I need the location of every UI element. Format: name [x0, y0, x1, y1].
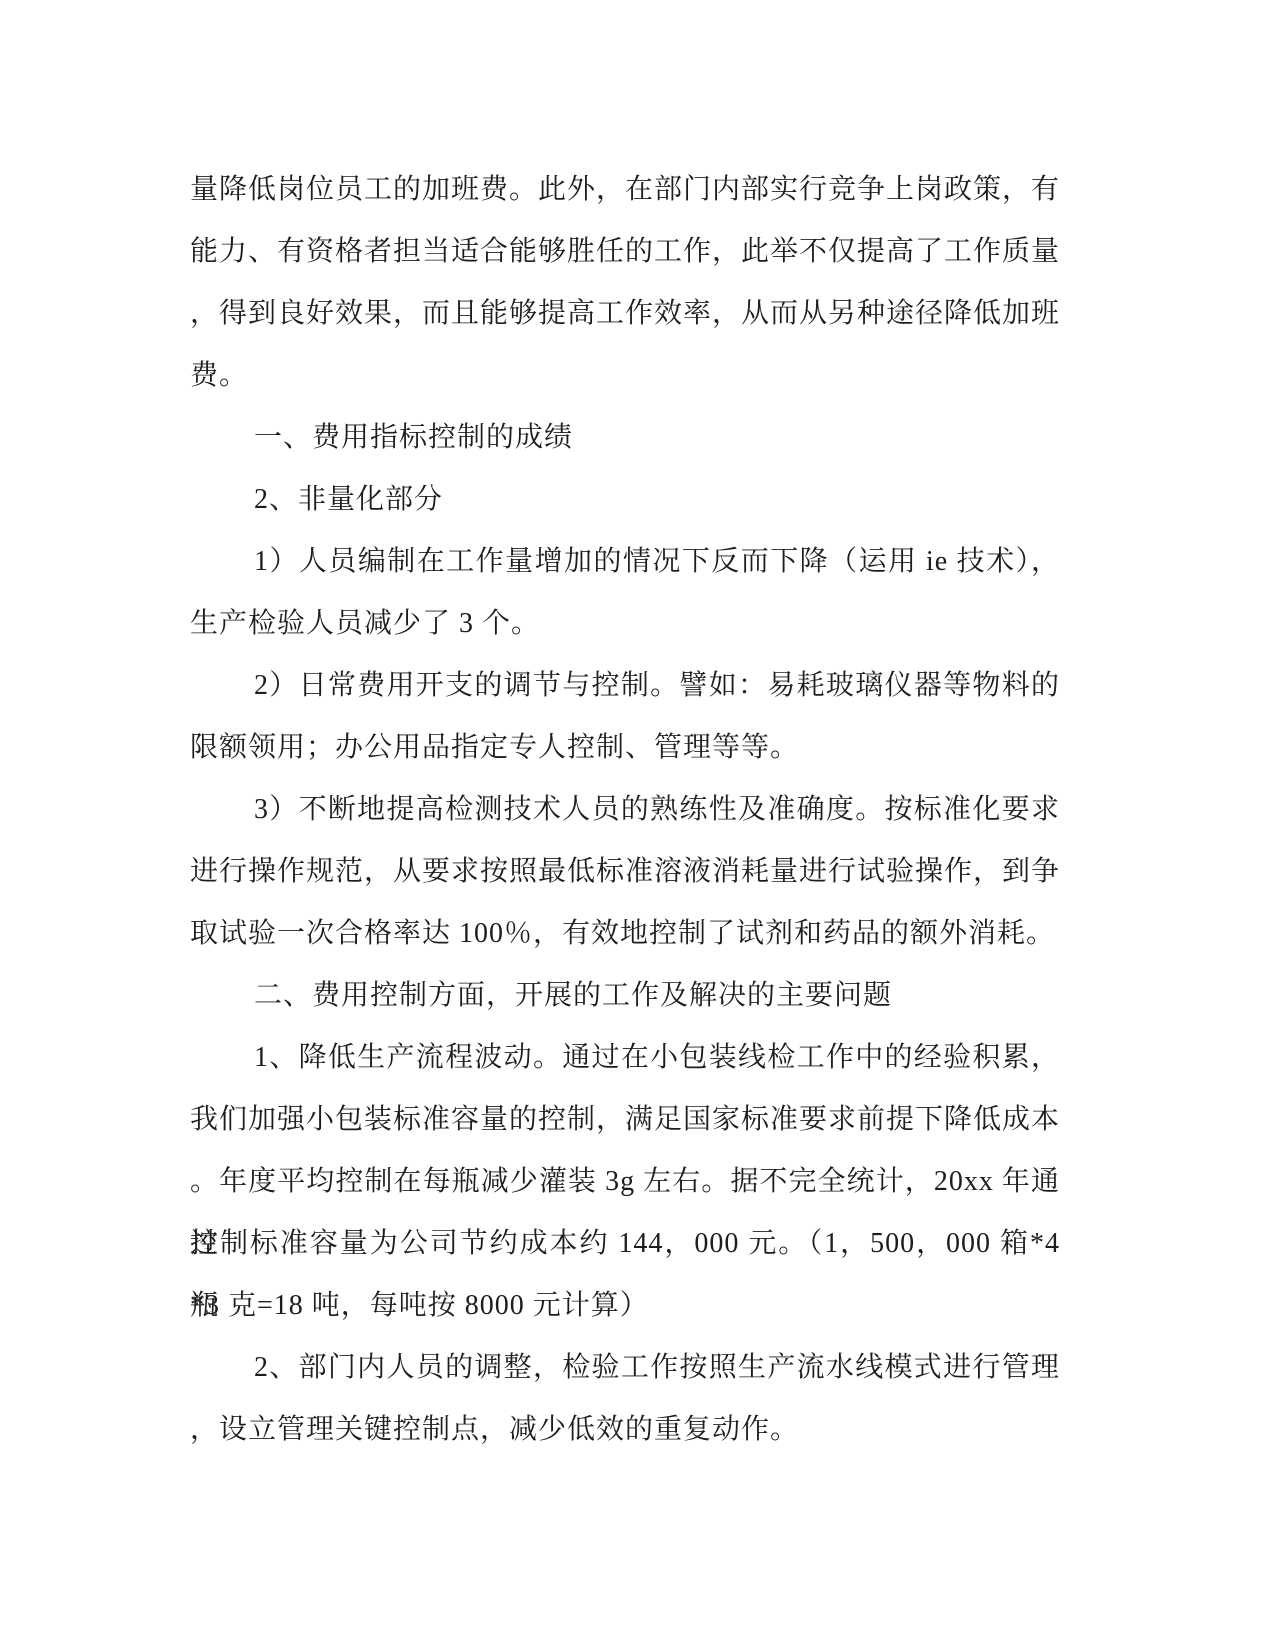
- text-line: 。年度平均控制在每瓶减少灌装 3g 左右。据不完全统计，20xx 年通过: [190, 1151, 1060, 1213]
- text-column: 量降低岗位员工的加班费。此外，在部门内部实行竞争上岗政策，有能力、有资格者担当适…: [190, 159, 1060, 1461]
- text-line: 取试验一次合格率达 100％，有效地控制了试剂和药品的额外消耗。: [190, 903, 1060, 965]
- document-page: 量降低岗位员工的加班费。此外，在部门内部实行竞争上岗政策，有能力、有资格者担当适…: [0, 0, 1275, 1650]
- text-line: *3 克=18 吨，每吨按 8000 元计算）: [190, 1275, 1060, 1337]
- text-line: 能力、有资格者担当适合能够胜任的工作，此举不仅提高了工作质量: [190, 221, 1060, 283]
- text-line: 2、部门内人员的调整，检验工作按照生产流水线模式进行管理: [190, 1337, 1060, 1399]
- text-line: ，设立管理关键控制点，减少低效的重复动作。: [190, 1399, 1060, 1461]
- text-line: 一、费用指标控制的成绩: [190, 407, 1060, 469]
- text-line: 3）不断地提高检测技术人员的熟练性及准确度。按标准化要求: [190, 779, 1060, 841]
- text-line: 2）日常费用开支的调节与控制。譬如：易耗玻璃仪器等物料的: [190, 655, 1060, 717]
- text-line: 二、费用控制方面，开展的工作及解决的主要问题: [190, 965, 1060, 1027]
- text-line: 进行操作规范，从要求按照最低标准溶液消耗量进行试验操作，到争: [190, 841, 1060, 903]
- text-line: 生产检验人员减少了 3 个。: [190, 593, 1060, 655]
- text-line: 控制标准容量为公司节约成本约 144，000 元。（1，500，000 箱*4 …: [190, 1213, 1060, 1275]
- text-line: 费。: [190, 345, 1060, 407]
- text-line: 我们加强小包装标准容量的控制，满足国家标准要求前提下降低成本: [190, 1089, 1060, 1151]
- text-line: 1、降低生产流程波动。通过在小包装线检工作中的经验积累，: [190, 1027, 1060, 1089]
- text-line: ，得到良好效果，而且能够提高工作效率，从而从另种途径降低加班: [190, 283, 1060, 345]
- text-line: 量降低岗位员工的加班费。此外，在部门内部实行竞争上岗政策，有: [190, 159, 1060, 221]
- text-line: 限额领用；办公用品指定专人控制、管理等等。: [190, 717, 1060, 779]
- text-line: 2、非量化部分: [190, 469, 1060, 531]
- text-line: 1）人员编制在工作量增加的情况下反而下降（运用 ie 技术），: [190, 531, 1060, 593]
